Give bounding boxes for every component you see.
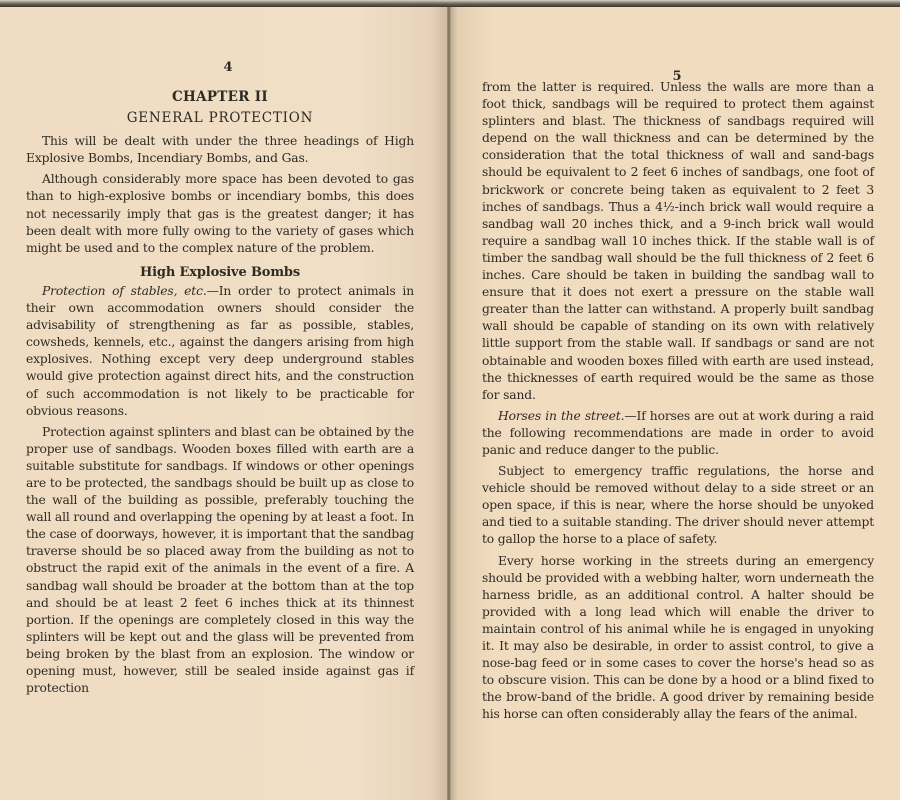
paragraph: Protection against splinters and blast c… xyxy=(26,424,414,698)
paragraph: from the latter is required. Unless the … xyxy=(482,79,874,404)
section-heading: High Explosive Bombs xyxy=(26,264,414,281)
chapter-number: CHAPTER II xyxy=(26,89,414,106)
right-page: 5 from the latter is required. Unless th… xyxy=(449,7,900,800)
paragraph: Horses in the street.—If horses are out … xyxy=(482,408,874,459)
run-in-heading: Protection of stables, etc. xyxy=(42,284,207,298)
paragraph: Every horse working in the streets durin… xyxy=(482,553,874,724)
paragraph-text: —In order to protect animals in their ow… xyxy=(26,284,414,418)
book-gutter xyxy=(447,7,451,800)
left-page-body: CHAPTER II GENERAL PROTECTION This will … xyxy=(26,85,414,701)
page-number: 4 xyxy=(213,60,243,75)
paragraph: Although considerably more space has bee… xyxy=(26,171,414,256)
paragraph: Subject to emergency traffic regulations… xyxy=(482,463,874,548)
run-in-heading: Horses in the street. xyxy=(498,409,624,423)
book-top-edge xyxy=(0,0,900,7)
chapter-title: GENERAL PROTECTION xyxy=(26,110,414,127)
left-page: 4 CHAPTER II GENERAL PROTECTION This wil… xyxy=(0,7,449,800)
paragraph: Protection of stables, etc.—In order to … xyxy=(26,283,414,420)
right-page-body: from the latter is required. Unless the … xyxy=(482,79,874,727)
paragraph: This will be dealt with under the three … xyxy=(26,133,414,167)
